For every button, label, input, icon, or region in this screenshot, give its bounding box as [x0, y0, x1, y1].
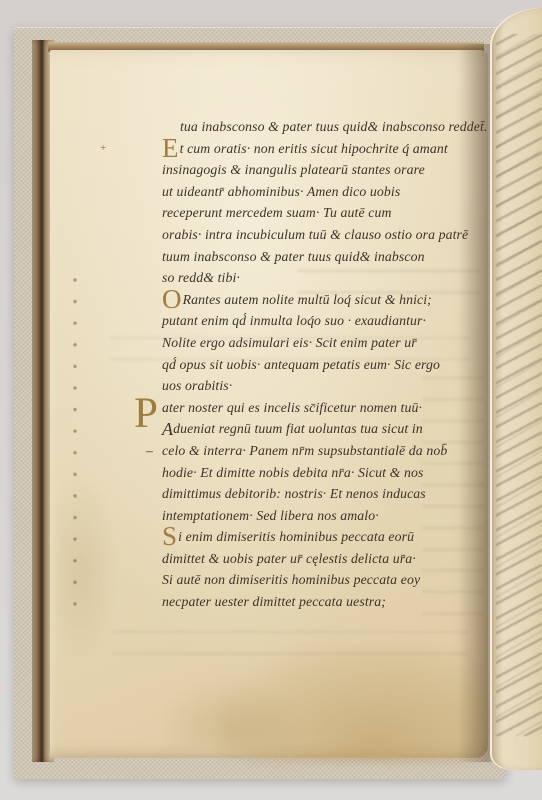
manuscript-line: Si autē non dimiseritis hominibus peccat… — [162, 569, 484, 591]
line-text: qd́ opus sit uobis· antequam petatis eum… — [162, 357, 440, 372]
line-text: hodie· Et dimitte nobis debita nr̄a· Sic… — [162, 465, 423, 480]
line-text: so redd& tibi· — [162, 270, 240, 285]
line-text: receperunt mercedem suam· Tu autē cum — [162, 205, 392, 220]
initial-letter: A — [162, 419, 173, 439]
manuscript-line: dimittimus debitorib: nostris· Et nenos … — [162, 483, 484, 505]
parchment-stain — [160, 678, 300, 748]
manuscript-line: Adueniat regnū tuum fiat uoluntas tua si… — [162, 418, 484, 440]
manuscript-line: receperunt mercedem suam· Tu autē cum — [162, 202, 484, 224]
manuscript-line: Si enim dimiseritis hominibus peccata eo… — [162, 526, 484, 548]
manuscript-line: dimittet & uobis pater ur̄ cęlestis deli… — [162, 548, 484, 570]
manuscript-line: ut uideantr̄ abhominibus· Amen dico uobi… — [162, 181, 484, 203]
manuscript-line: orabis· intra incubiculum tuū & clauso o… — [162, 224, 484, 246]
manuscript-line: so redd& tibi· — [162, 267, 484, 289]
initial-letter: E — [162, 133, 179, 163]
initial-letter: O — [162, 284, 182, 314]
line-text: i enim dimiseritis hominibus peccata eor… — [178, 529, 414, 544]
manuscript-line: insinagogis & inangulis platearū stantes… — [162, 159, 484, 181]
initial-letter: P — [134, 392, 158, 435]
manuscript-line: hodie· Et dimitte nobis debita nr̄a· Sic… — [162, 462, 484, 484]
line-text: tuum inabsconso & pater tuus quid& inabs… — [162, 249, 425, 264]
line-text: dimittet & uobis pater ur̄ cęlestis deli… — [162, 551, 416, 566]
margin-dash: – — [146, 440, 153, 462]
line-text: necpater uester dimittet peccata uestra; — [162, 594, 386, 609]
line-text: ater noster qui es incelis sc̄ificetur n… — [162, 400, 422, 415]
line-text: Nolite ergo adsimulari eis· Scit enim pa… — [162, 335, 417, 350]
line-text: orabis· intra incubiculum tuū & clauso o… — [162, 227, 468, 242]
manuscript-line: Pater noster qui es incelis sc̄ificetur … — [162, 397, 484, 419]
line-text: putant enim qd́ inmulta loq́o suo · exau… — [162, 313, 426, 328]
line-text: tua inabsconso & pater tuus quid& inabsc… — [180, 119, 487, 134]
manuscript-line: intemptationem· Sed libera nos amalo· — [162, 505, 484, 527]
manuscript-line: Et cum oratis· non eritis sicut hipochri… — [162, 138, 484, 160]
manuscript-line: Nolite ergo adsimulari eis· Scit enim pa… — [162, 332, 484, 354]
line-text: uos orabitis· — [162, 378, 232, 393]
manuscript-line: uos orabitis· — [162, 375, 484, 397]
facing-page — [490, 8, 542, 770]
line-text: Si autē non dimiseritis hominibus peccat… — [162, 572, 420, 587]
manuscript-line: tuum inabsconso & pater tuus quid& inabs… — [162, 246, 484, 268]
line-text: celo & interra· Panem nr̄m supsubstantia… — [162, 443, 447, 458]
pricking-holes — [72, 276, 78, 612]
manuscript-line: ORantes autem nolite multū loq́ sicut & … — [162, 289, 484, 311]
facing-page-text — [496, 34, 542, 736]
line-text: intemptationem· Sed libera nos amalo· — [162, 508, 379, 523]
manuscript-line: –celo & interra· Panem nr̄m supsubstanti… — [162, 440, 484, 462]
line-text: dueniat regnū tuum fiat uoluntas tua sic… — [173, 421, 423, 436]
manuscript-line: tua inabsconso & pater tuus quid& inabsc… — [180, 116, 484, 138]
line-text: t cum oratis· non eritis sicut hipochrit… — [180, 141, 448, 156]
text-block: tua inabsconso & pater tuus quid& inabsc… — [162, 116, 484, 613]
line-text: ut uideantr̄ abhominibus· Amen dico uobi… — [162, 184, 400, 199]
manuscript-line: qd́ opus sit uobis· antequam petatis eum… — [162, 354, 484, 376]
initial-letter: S — [162, 521, 177, 551]
manuscript-line: necpater uester dimittet peccata uestra; — [162, 591, 484, 613]
line-text: insinagogis & inangulis platearū stantes… — [162, 162, 425, 177]
parchment-stain — [56, 480, 116, 660]
manuscript-page: + tua inabsconso & pater tuus quid& inab… — [50, 50, 488, 758]
margin-cross-mark: + — [100, 142, 106, 154]
ink-bleedthrough — [112, 618, 468, 670]
photo-background: + tua inabsconso & pater tuus quid& inab… — [0, 0, 542, 800]
manuscript-line: putant enim qd́ inmulta loq́o suo · exau… — [162, 310, 484, 332]
line-text: dimittimus debitorib: nostris· Et nenos … — [162, 486, 426, 501]
line-text: Rantes autem nolite multū loq́ sicut & h… — [183, 292, 432, 307]
